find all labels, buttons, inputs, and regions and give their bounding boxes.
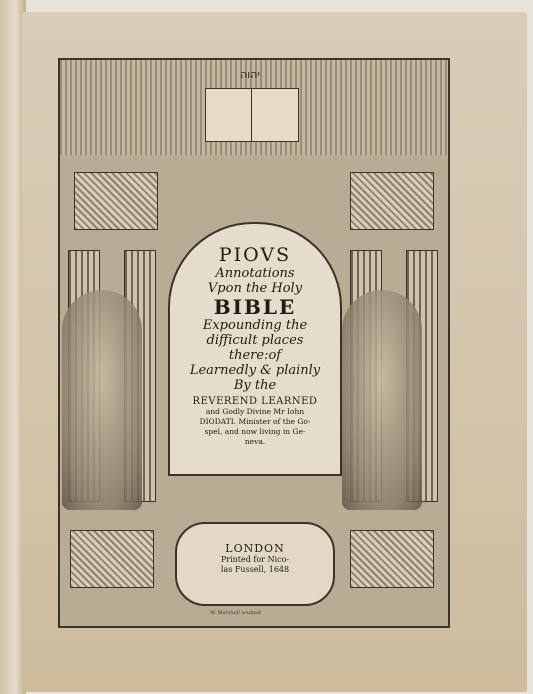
title-pious: PIOVS bbox=[170, 244, 340, 266]
title-annotations: Annotations bbox=[170, 266, 340, 281]
bottom-right-panel bbox=[350, 530, 434, 588]
aaron-figure bbox=[342, 290, 422, 510]
title-neva: neva. bbox=[170, 437, 340, 447]
bottom-left-panel bbox=[70, 530, 154, 588]
title-reverend: REVEREND LEARNED bbox=[170, 396, 340, 407]
title-vpon: Vpon the Holy bbox=[170, 281, 340, 296]
title-cartouche: PIOVS Annotations Vpon the Holy BIBLE Ex… bbox=[168, 222, 342, 476]
title-godly: and Godly Divine Mr Iohn bbox=[170, 407, 340, 417]
top-left-panel bbox=[74, 172, 158, 230]
title-diodati: DIODATI. Minister of the Go- bbox=[170, 417, 340, 427]
title-spel: spel, and now living in Ge- bbox=[170, 427, 340, 437]
title-difficult: difficult places bbox=[170, 333, 340, 348]
title-thereof: there:of bbox=[170, 348, 340, 363]
moses-figure bbox=[62, 290, 142, 510]
open-book-illustration bbox=[205, 88, 299, 142]
engraver-signature: W. Marshall sculpsit bbox=[210, 610, 261, 616]
title-expounding: Expounding the bbox=[170, 318, 340, 333]
title-by-the: By the bbox=[170, 378, 340, 393]
imprint-date: las Fussell, 1648 bbox=[177, 565, 333, 575]
top-right-panel bbox=[350, 172, 434, 230]
imprint-city: LONDON bbox=[177, 542, 333, 555]
engraved-frame: יהוה PIOVS Annotations Vpon the Holy BIB… bbox=[58, 58, 450, 628]
hebrew-inscription: יהוה bbox=[220, 68, 280, 81]
imprint-cartouche: LONDON Printed for Nico- las Fussell, 16… bbox=[175, 522, 335, 606]
title-bible: BIBLE bbox=[170, 296, 340, 318]
imprint-printer: Printed for Nico- bbox=[177, 555, 333, 565]
title-learnedly: Learnedly & plainly bbox=[170, 363, 340, 378]
